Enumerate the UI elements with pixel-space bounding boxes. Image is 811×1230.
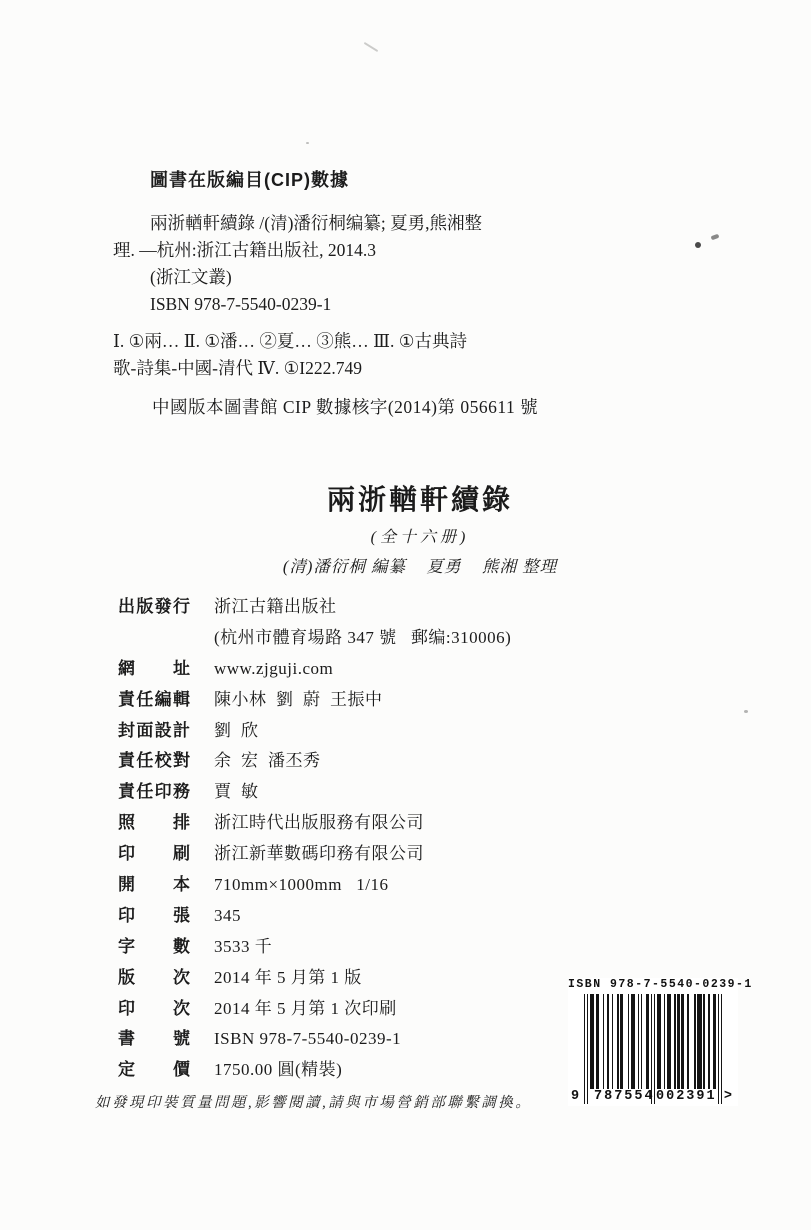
publication-info-row: 照排 浙江時代出版服務有限公司 — [118, 808, 598, 839]
scan-speck — [695, 242, 701, 248]
cip-isbn-line: ISBN 978-7-5540-0239-1 — [113, 291, 653, 318]
row-value: 3533 千 — [214, 932, 272, 957]
scan-speck — [711, 234, 720, 240]
cip-description: 兩浙輶軒續錄 /(清)潘衍桐编纂; 夏勇,熊湘整 理. —杭州:浙江古籍出版社,… — [113, 210, 653, 318]
row-value: www.zjguji.com — [214, 659, 333, 679]
classification-line: Ⅰ. ①兩… Ⅱ. ①潘… ②夏… ③熊… Ⅲ. ①古典詩 — [113, 328, 653, 355]
cip-series-note: (浙江文叢) — [113, 264, 653, 291]
row-label: 責任校對 — [118, 746, 190, 771]
row-label: 印刷 — [118, 839, 190, 864]
row-label: 責任編輯 — [118, 685, 190, 710]
row-value: 345 — [214, 906, 241, 926]
row-value: 陳小林 劉 蔚 王振中 — [214, 685, 383, 710]
publication-info-row: 印刷 浙江新華數碼印務有限公司 — [118, 839, 598, 870]
row-label: 印張 — [118, 901, 190, 926]
row-value: 浙江古籍出版社 — [214, 592, 337, 617]
publication-info-row: 定價 1750.00 圓(精裝) — [118, 1055, 598, 1086]
publication-info-row: (杭州市體育場路 347 號 郵编:310006) — [118, 623, 598, 654]
barcode-digit-group1: 787554 — [594, 1089, 650, 1104]
publication-info-row: 網址 www.zjguji.com — [118, 654, 598, 685]
publication-info-row: 印張 345 — [118, 901, 598, 932]
row-label: 書號 — [118, 1024, 190, 1049]
row-value: 2014 年 5 月第 1 次印刷 — [214, 994, 397, 1019]
row-value: ISBN 978-7-5540-0239-1 — [214, 1029, 401, 1049]
publication-info-row: 印次 2014 年 5 月第 1 次印刷 — [118, 994, 598, 1025]
row-label: 照排 — [118, 808, 190, 833]
row-label: 封面設計 — [118, 716, 190, 741]
scan-speck — [116, 249, 119, 252]
barcode-digit-group2: 002391 — [656, 1089, 712, 1104]
row-label: 印次 — [118, 994, 190, 1019]
row-value: 710mm×1000mm 1/16 — [214, 875, 388, 895]
row-label: 出版發行 — [118, 592, 190, 617]
publication-info-row: 責任校對 余 宏 潘丕秀 — [118, 746, 598, 777]
book-title: 兩浙輶軒續錄 — [25, 478, 811, 518]
scan-speck — [306, 142, 309, 144]
cip-record-number: 中國版本圖書館 CIP 數據核字(2014)第 056611 號 — [152, 394, 538, 419]
book-copyright-page: 圖書在版編目(CIP)數據 兩浙輶軒續錄 /(清)潘衍桐编纂; 夏勇,熊湘整 理… — [0, 0, 811, 1230]
row-label: 定價 — [118, 1055, 190, 1080]
row-value: (杭州市體育場路 347 號 郵编:310006) — [214, 623, 511, 648]
publication-info: 出版發行 浙江古籍出版社 (杭州市體育場路 347 號 郵编:310006) 網… — [118, 592, 598, 1086]
publication-info-row: 字數 3533 千 — [118, 932, 598, 963]
isbn-barcode: ISBN 978-7-5540-0239-1 9 787554 002391 > — [568, 978, 738, 1106]
row-value: 1750.00 圓(精裝) — [214, 1055, 342, 1080]
publication-info-row: 版次 2014 年 5 月第 1 版 — [118, 963, 598, 994]
row-value: 浙江時代出版服務有限公司 — [214, 808, 424, 833]
row-label: 開本 — [118, 870, 190, 895]
cip-line: 理. —杭州:浙江古籍出版社, 2014.3 — [113, 237, 653, 264]
row-label: 字數 — [118, 932, 190, 957]
publication-info-row: 封面設計 劉 欣 — [118, 716, 598, 747]
barcode-end-mark: > — [724, 1089, 732, 1104]
publication-info-row: 責任印務 賈 敏 — [118, 777, 598, 808]
row-value: 2014 年 5 月第 1 版 — [214, 963, 362, 988]
barcode-bars: 9 787554 002391 > — [584, 994, 722, 1106]
row-label: 版次 — [118, 963, 190, 988]
row-value: 劉 欣 — [214, 716, 259, 741]
publication-info-row: 開本 710mm×1000mm 1/16 — [118, 870, 598, 901]
scan-speck — [744, 710, 748, 713]
cip-line: 兩浙輶軒續錄 /(清)潘衍桐编纂; 夏勇,熊湘整 — [113, 210, 653, 237]
publication-info-row: 責任編輯 陳小林 劉 蔚 王振中 — [118, 685, 598, 716]
volume-note: (全十六册) — [25, 524, 811, 547]
barcode-digit-lead: 9 — [571, 1089, 579, 1104]
row-label: 網址 — [118, 654, 190, 679]
row-value: 余 宏 潘丕秀 — [214, 746, 321, 771]
authors-line: (清)潘衍桐 編纂 夏勇 熊湘 整理 — [25, 553, 811, 577]
barcode-isbn-label: ISBN 978-7-5540-0239-1 — [568, 978, 738, 991]
barcode-module — [721, 994, 722, 1104]
classification-line: 歌-詩集-中國-清代 Ⅳ. ①I222.749 — [113, 355, 653, 382]
row-value: 浙江新華數碼印務有限公司 — [214, 839, 424, 864]
cip-heading: 圖書在版編目(CIP)數據 — [150, 166, 349, 192]
row-label: 責任印務 — [118, 777, 190, 802]
barcode-digits: 9 787554 002391 > — [584, 1089, 722, 1106]
publication-info-row: 出版發行 浙江古籍出版社 — [118, 592, 598, 623]
publication-info-row: 書號 ISBN 978-7-5540-0239-1 — [118, 1024, 598, 1055]
scan-scratch — [364, 42, 379, 52]
quality-note: 如發現印裝質量問題,影響閱讀,請與市場營銷部聯繫調換。 — [95, 1091, 532, 1112]
cip-classification: Ⅰ. ①兩… Ⅱ. ①潘… ②夏… ③熊… Ⅲ. ①古典詩 歌-詩集-中國-清代… — [113, 328, 653, 382]
row-value: 賈 敏 — [214, 777, 259, 802]
